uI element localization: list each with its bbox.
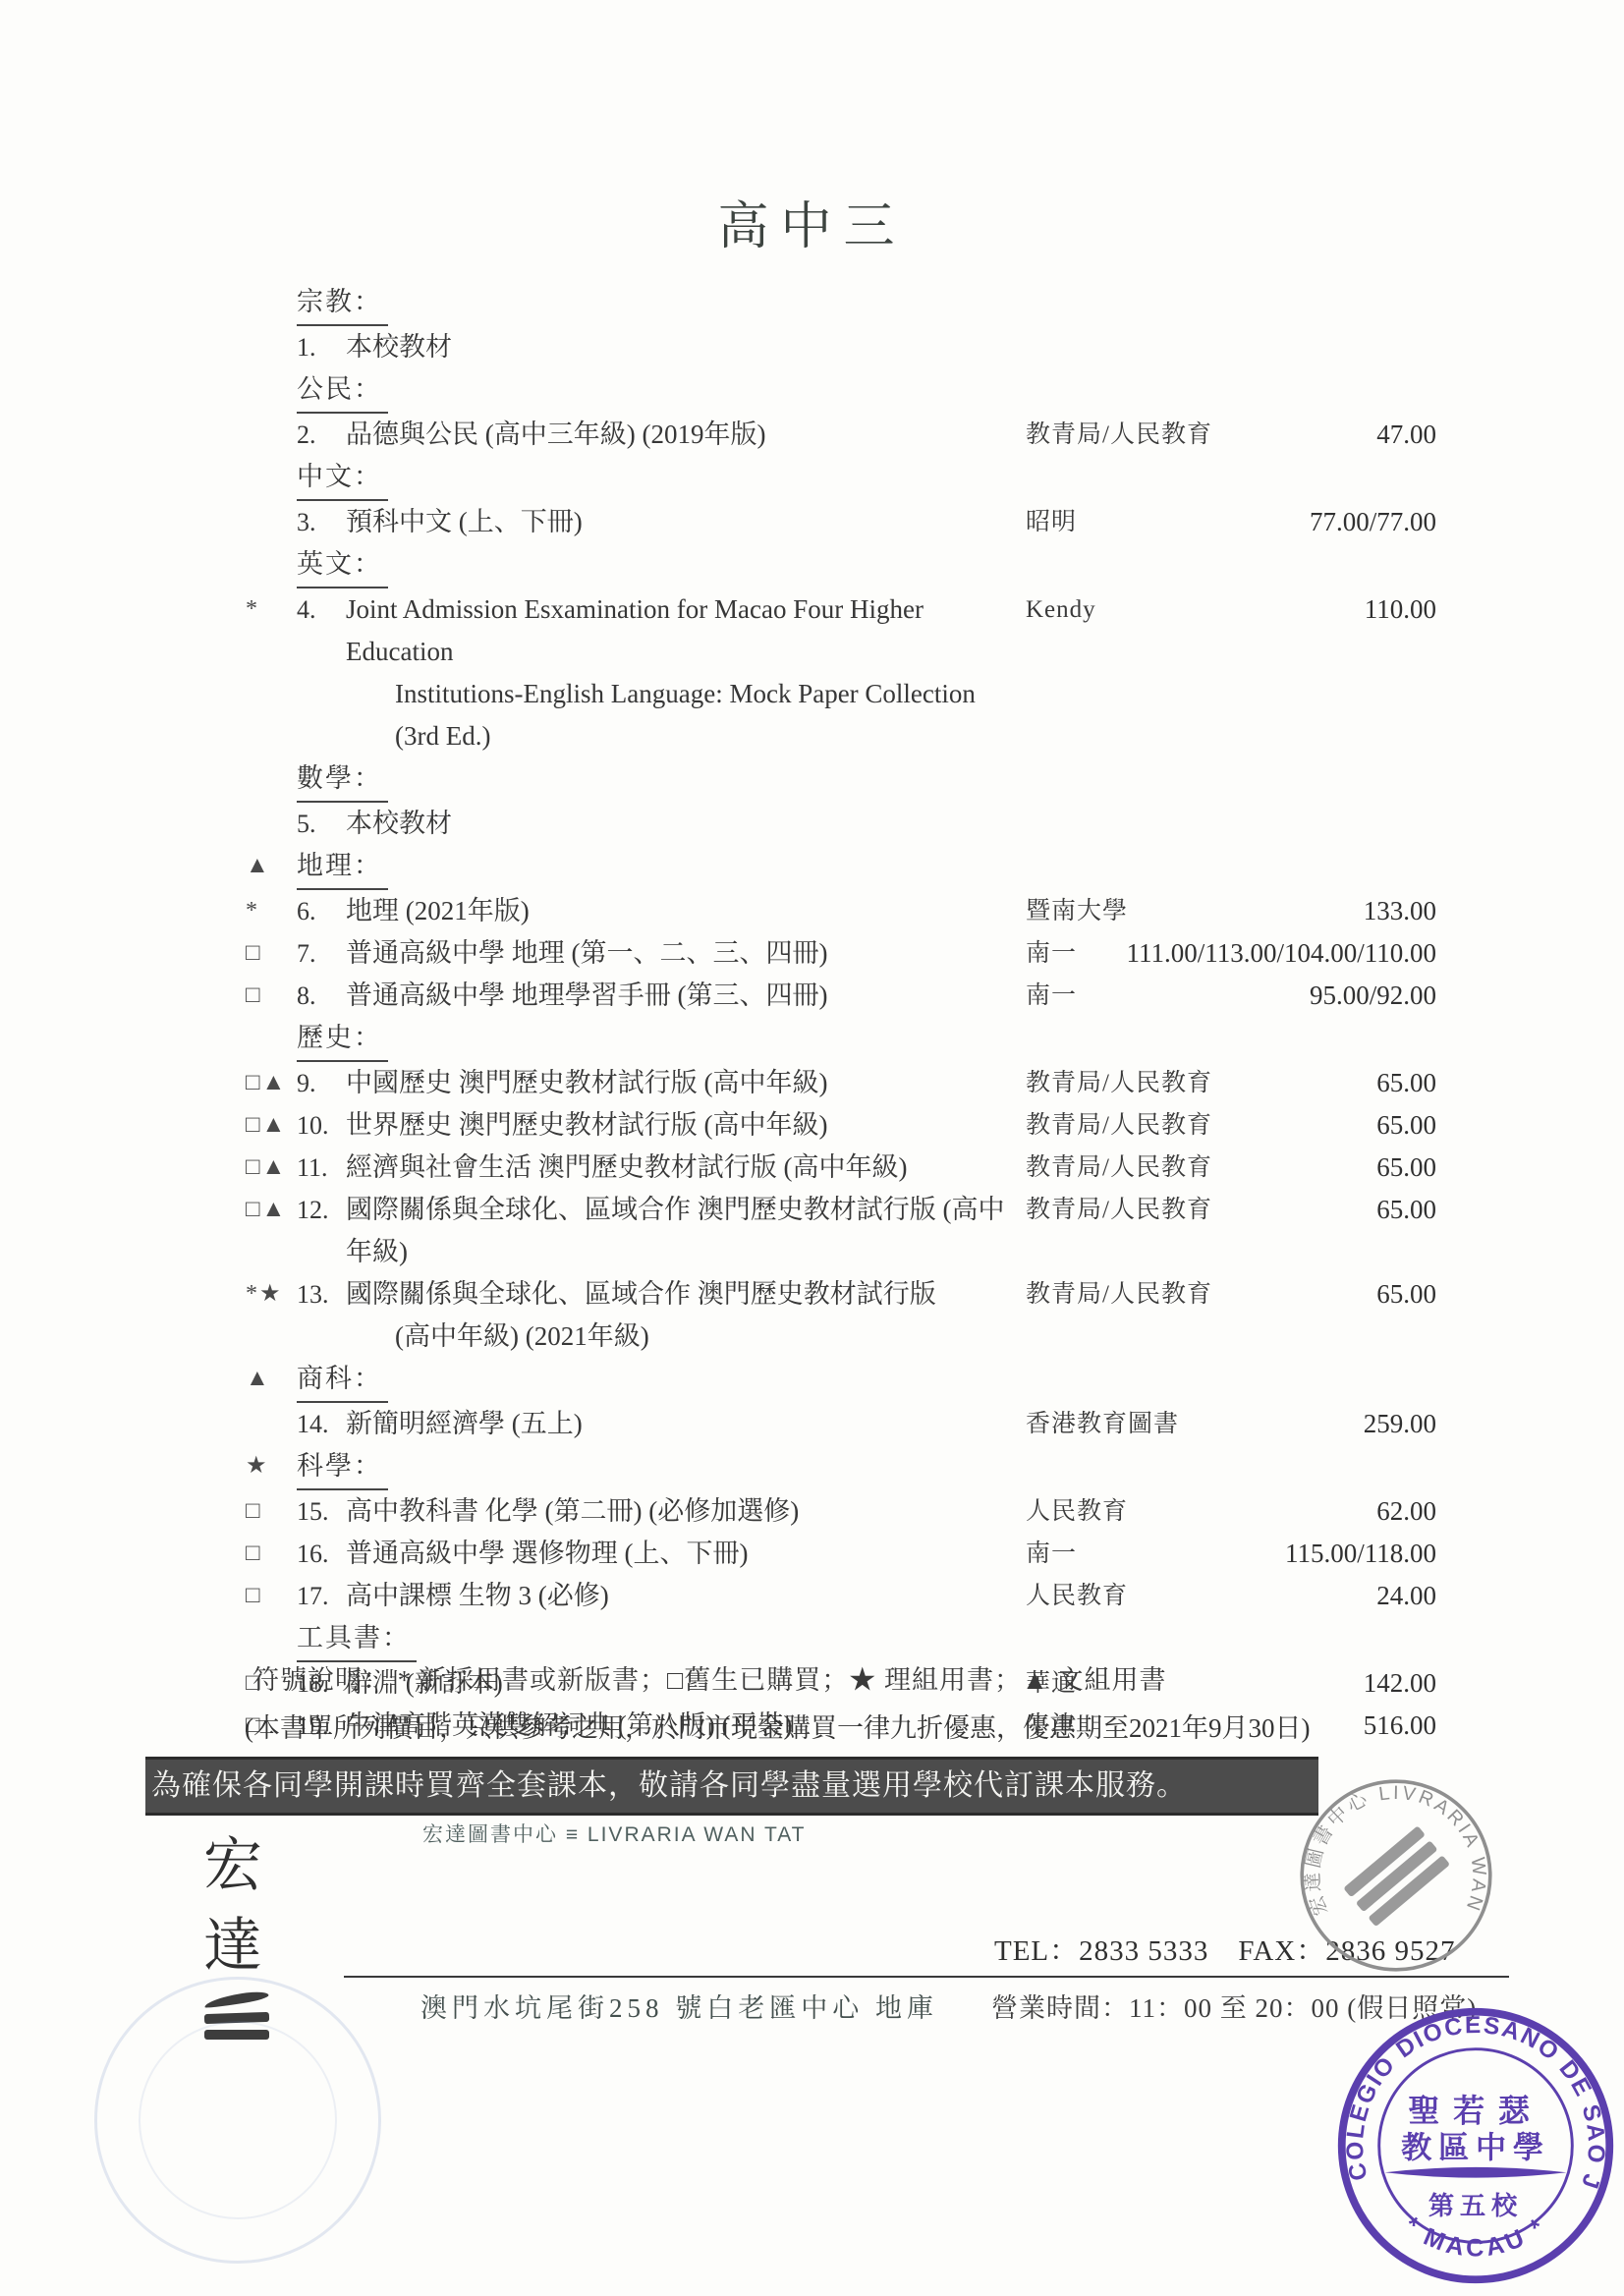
logo-char: 宏	[198, 1825, 267, 1906]
row-number: 15.	[297, 1490, 346, 1533]
row-number: 13.	[297, 1273, 346, 1316]
book-publisher: 暨南大學	[1026, 890, 1263, 932]
row-number: 17.	[297, 1575, 346, 1617]
bookstore-stamp: 宏達圖書中心 LIVRARIA WAN TAT	[1295, 1774, 1497, 1977]
symbol-legend: 符號說明： * 新採用書或新版書；□舊生已購買；★ 理組用書；▲ 文組用書	[252, 1658, 1167, 1697]
section-label: 商科：	[297, 1358, 388, 1403]
book-row: □▲ 11. 經濟與社會生活 澳門歷史教材試行版 (高中年級) 教青局/人民教育…	[246, 1147, 1436, 1189]
book-row: 14. 新簡明經濟學 (五上) 香港教育圖書 259.00	[246, 1403, 1436, 1445]
book-publisher: 南一	[1026, 1533, 1263, 1575]
section-label: 數學：	[297, 757, 388, 803]
row-marker: □▲	[246, 1147, 297, 1189]
section-row: 公民：	[246, 368, 1436, 414]
section-row: 英文：	[246, 543, 1436, 588]
row-number: 16.	[297, 1533, 346, 1575]
book-price: 259.00	[1364, 1403, 1436, 1445]
row-marker: *	[246, 588, 297, 631]
row-marker: □	[246, 932, 297, 975]
row-number: 14.	[297, 1403, 346, 1445]
book-price: 65.00	[1376, 1189, 1436, 1231]
book-publisher: 人民教育	[1026, 1490, 1263, 1533]
section-row: ▲ 商科：	[246, 1358, 1436, 1403]
school-stamp-line3: 第五校	[1428, 2191, 1523, 2220]
row-number: 4.	[297, 588, 346, 631]
section-row: 宗教：	[246, 281, 1436, 326]
book-row: 3. 預科中文 (上、下冊) 昭明 77.00/77.00	[246, 501, 1436, 543]
section-label: 工具書：	[297, 1617, 417, 1662]
faint-circular-stamp	[94, 1977, 381, 2264]
book-price: 110.00	[1365, 588, 1436, 631]
row-marker: □▲	[246, 1189, 297, 1231]
book-title: 世界歷史 澳門歷史教材試行版 (高中年級)	[346, 1104, 1026, 1147]
row-marker: □	[246, 1575, 297, 1617]
section-label: 宗教：	[297, 281, 388, 326]
row-number: 11.	[297, 1147, 346, 1189]
book-price: 516.00	[1364, 1705, 1436, 1747]
book-publisher: 教青局/人民教育	[1026, 1273, 1263, 1316]
book-title: 本校教材	[346, 326, 1026, 368]
book-price: 111.00/113.00/104.00/110.00	[1127, 932, 1437, 975]
book-row: □ 7. 普通高級中學 地理 (第一、二、三、四冊) 南一 111.00/113…	[246, 932, 1436, 975]
section-prefix-icon: ▲	[246, 1358, 297, 1400]
row-marker: □	[246, 975, 297, 1017]
booklist-page: 高中三 宗教： 1. 本校教材 公民： 2. 品德與公民 (高中三年級) (20…	[0, 0, 1624, 2296]
book-row: □ 8. 普通高級中學 地理學習手冊 (第三、四冊) 南一 95.00/92.0…	[246, 975, 1436, 1017]
row-marker: □▲	[246, 1062, 297, 1104]
book-publisher: 昭明	[1026, 501, 1263, 543]
section-label: 英文：	[297, 543, 388, 588]
section-label: 地理：	[297, 845, 388, 890]
row-marker: □▲	[246, 1104, 297, 1147]
section-label: 歷史：	[297, 1017, 388, 1062]
row-number: 6.	[297, 890, 346, 932]
row-number: 12.	[297, 1189, 346, 1231]
book-title: 國際關係與全球化、區域合作 澳門歷史教材試行版 (高中年級) (2021年級)	[346, 1273, 1026, 1358]
row-number: 3.	[297, 501, 346, 543]
stamp-divider-icon	[1385, 2167, 1567, 2178]
book-publisher: 教青局/人民教育	[1026, 1189, 1263, 1231]
address-line: 澳門水坑尾街258 號白老匯中心 地庫 營業時間：11：00 至 20：00 (…	[420, 1987, 1477, 2025]
book-price: 65.00	[1376, 1104, 1436, 1147]
row-number: 8.	[297, 975, 346, 1017]
book-price: 115.00/118.00	[1285, 1533, 1436, 1575]
section-prefix-icon: ★	[246, 1445, 297, 1487]
book-price: 77.00/77.00	[1310, 501, 1436, 543]
book-title: 高中課標 生物 3 (必修)	[346, 1575, 1026, 1617]
book-title: 普通高級中學 地理學習手冊 (第三、四冊)	[346, 975, 1026, 1017]
row-number: 9.	[297, 1062, 346, 1104]
section-row: 中文：	[246, 456, 1436, 501]
book-row: 2. 品德與公民 (高中三年級) (2019年版) 教青局/人民教育 47.00	[246, 414, 1436, 456]
book-row: *★ 13. 國際關係與全球化、區域合作 澳門歷史教材試行版 (高中年級) (2…	[246, 1273, 1436, 1358]
book-row: □ 17. 高中課標 生物 3 (必修) 人民教育 24.00	[246, 1575, 1436, 1617]
section-row: ▲ 地理：	[246, 845, 1436, 890]
school-stamp: COLEGIO DIOCESANO DE SÃO JOSÉ * MACAU * …	[1332, 2002, 1619, 2289]
row-number: 10.	[297, 1104, 346, 1147]
book-price: 65.00	[1376, 1147, 1436, 1189]
book-publisher: 人民教育	[1026, 1575, 1263, 1617]
book-price: 24.00	[1376, 1575, 1436, 1617]
book-row: □▲ 9. 中國歷史 澳門歷史教材試行版 (高中年級) 教青局/人民教育 65.…	[246, 1062, 1436, 1104]
book-title: Joint Admission Esxamination for Macao F…	[346, 588, 1026, 757]
book-price: 65.00	[1376, 1273, 1436, 1316]
book-price: 62.00	[1376, 1490, 1436, 1533]
section-row: 歷史：	[246, 1017, 1436, 1062]
bookstore-address: 澳門水坑尾街258 號白老匯中心 地庫	[420, 1987, 938, 2025]
book-row: □ 15. 高中教科書 化學 (第二冊) (必修加選修) 人民教育 62.00	[246, 1490, 1436, 1533]
row-marker: *	[246, 890, 297, 932]
section-row: ★ 科學：	[246, 1445, 1436, 1490]
book-price: 133.00	[1364, 890, 1436, 932]
row-number: 7.	[297, 932, 346, 975]
book-publisher: Kendy	[1026, 588, 1263, 631]
section-row: 工具書：	[246, 1617, 1436, 1662]
row-number: 1.	[297, 326, 346, 368]
book-publisher: 教青局/人民教育	[1026, 414, 1263, 456]
section-row: 數學：	[246, 757, 1436, 803]
book-row: 5. 本校教材	[246, 803, 1436, 845]
book-row: * 6. 地理 (2021年版) 暨南大學 133.00	[246, 890, 1436, 932]
book-title: 普通高級中學 地理 (第一、二、三、四冊)	[346, 932, 1026, 975]
section-prefix-icon: ▲	[246, 845, 297, 887]
section-label: 中文：	[297, 456, 388, 501]
row-marker: □	[246, 1490, 297, 1533]
book-row: □▲ 12. 國際關係與全球化、區域合作 澳門歷史教材試行版 (高中年級) 教青…	[246, 1189, 1436, 1273]
book-price: 142.00	[1364, 1662, 1436, 1705]
book-title: 品德與公民 (高中三年級) (2019年版)	[346, 414, 1026, 456]
book-title: 本校教材	[346, 803, 1026, 845]
row-marker: *★	[246, 1273, 297, 1316]
book-title: 普通高級中學 選修物理 (上、下冊)	[346, 1533, 1026, 1575]
row-number: 2.	[297, 414, 346, 456]
book-title: 中國歷史 澳門歷史教材試行版 (高中年級)	[346, 1062, 1026, 1104]
bookstore-logo-vertical: 宏 達	[198, 1825, 267, 1987]
section-label: 公民：	[297, 368, 388, 414]
row-marker: □	[246, 1533, 297, 1575]
book-publisher: 香港教育圖書	[1026, 1403, 1263, 1445]
school-stamp-line2: 教區中學	[1401, 2131, 1550, 2165]
book-title: 地理 (2021年版)	[346, 890, 1026, 932]
book-price: 47.00	[1376, 414, 1436, 456]
logo-char: 達	[198, 1906, 267, 1987]
book-row: 1. 本校教材	[246, 326, 1436, 368]
book-price: 95.00/92.00	[1310, 975, 1436, 1017]
bookstore-name-line: 宏達圖書中心 ≡ LIVRARIA WAN TAT	[422, 1819, 807, 1848]
book-title: 國際關係與全球化、區域合作 澳門歷史教材試行版 (高中年級)	[346, 1189, 1026, 1273]
book-row: * 4. Joint Admission Esxamination for Ma…	[246, 588, 1436, 757]
book-publisher: 南一	[1026, 975, 1263, 1017]
book-title: 經濟與社會生活 澳門歷史教材試行版 (高中年級)	[346, 1147, 1026, 1189]
book-publisher: 教青局/人民教育	[1026, 1062, 1263, 1104]
stamp-stripes-icon	[1343, 1825, 1450, 1927]
page-title: 高中三	[0, 185, 1624, 258]
book-row: □▲ 10. 世界歷史 澳門歷史教材試行版 (高中年級) 教青局/人民教育 65…	[246, 1104, 1436, 1147]
book-price: 65.00	[1376, 1062, 1436, 1104]
row-number: 5.	[297, 803, 346, 845]
school-stamp-line1: 聖若瑟	[1408, 2094, 1542, 2129]
book-list: 宗教： 1. 本校教材 公民： 2. 品德與公民 (高中三年級) (2019年版…	[246, 281, 1436, 1747]
reminder-banner: 為確保各同學開課時買齊全套課本，敬請各同學盡量選用學校代訂課本服務。	[145, 1757, 1318, 1816]
book-publisher: 教青局/人民教育	[1026, 1104, 1263, 1147]
book-title: 高中教科書 化學 (第二冊) (必修加選修)	[346, 1490, 1026, 1533]
book-title: 預科中文 (上、下冊)	[346, 501, 1026, 543]
book-title: 新簡明經濟學 (五上)	[346, 1403, 1026, 1445]
section-label: 科學：	[297, 1445, 388, 1490]
book-row: □ 16. 普通高級中學 選修物理 (上、下冊) 南一 115.00/118.0…	[246, 1533, 1436, 1575]
price-notice: (本書單所列價目，只供參考之用，於門市現金購買一律九折優惠，優惠期至2021年9…	[245, 1707, 1310, 1745]
book-publisher: 教青局/人民教育	[1026, 1147, 1263, 1189]
